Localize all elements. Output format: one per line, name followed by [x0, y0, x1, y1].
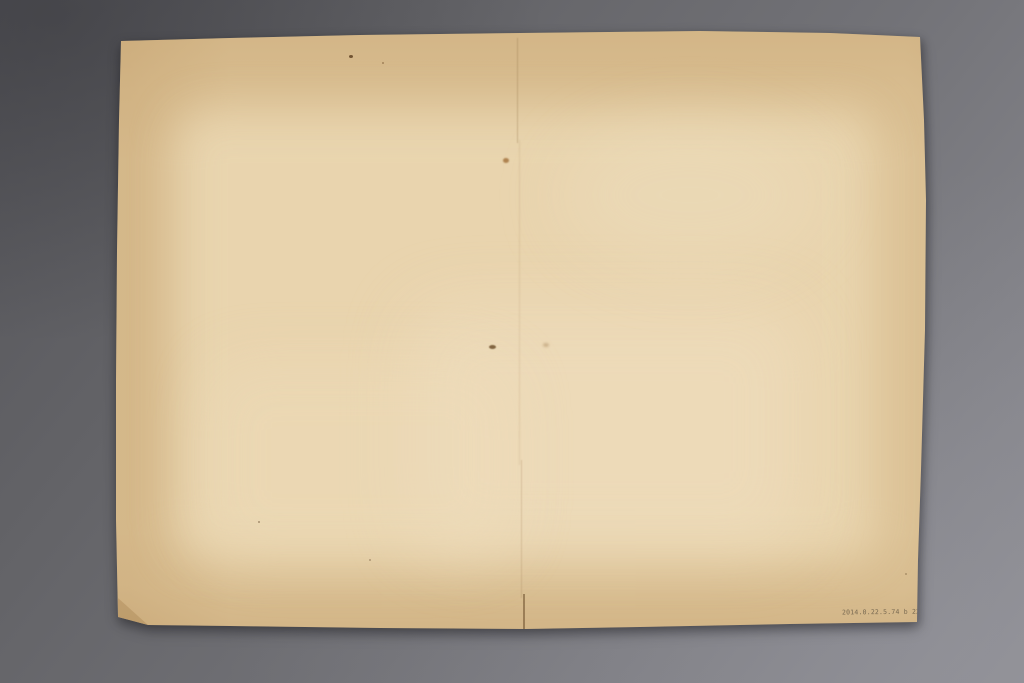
foxing-spot: [369, 559, 371, 561]
foxing-spot: [489, 345, 496, 349]
photo-stage: 2014.0.22.5.74 b 22: [0, 0, 1024, 683]
accession-number: 2014.0.22.5.74 b 22: [842, 606, 932, 619]
foxing-spot: [503, 158, 509, 163]
paper-sheet: 2014.0.22.5.74 b 22: [0, 0, 1024, 683]
foxing-spot: [382, 62, 384, 64]
paper-marks: [0, 0, 1024, 683]
paper-shadow-wrapper: 2014.0.22.5.74 b 22: [0, 0, 1024, 683]
fold-crease-middle: [519, 140, 520, 465]
foxing-spot: [543, 343, 549, 347]
foxing-spot: [905, 573, 907, 575]
fold-crease-bottom: [523, 594, 525, 629]
foxing-spot: [349, 55, 353, 58]
fold-crease-lower: [521, 460, 522, 598]
foxing-spot: [258, 521, 260, 523]
paper-sheen: [560, 120, 820, 270]
fold-crease-top: [517, 38, 518, 143]
